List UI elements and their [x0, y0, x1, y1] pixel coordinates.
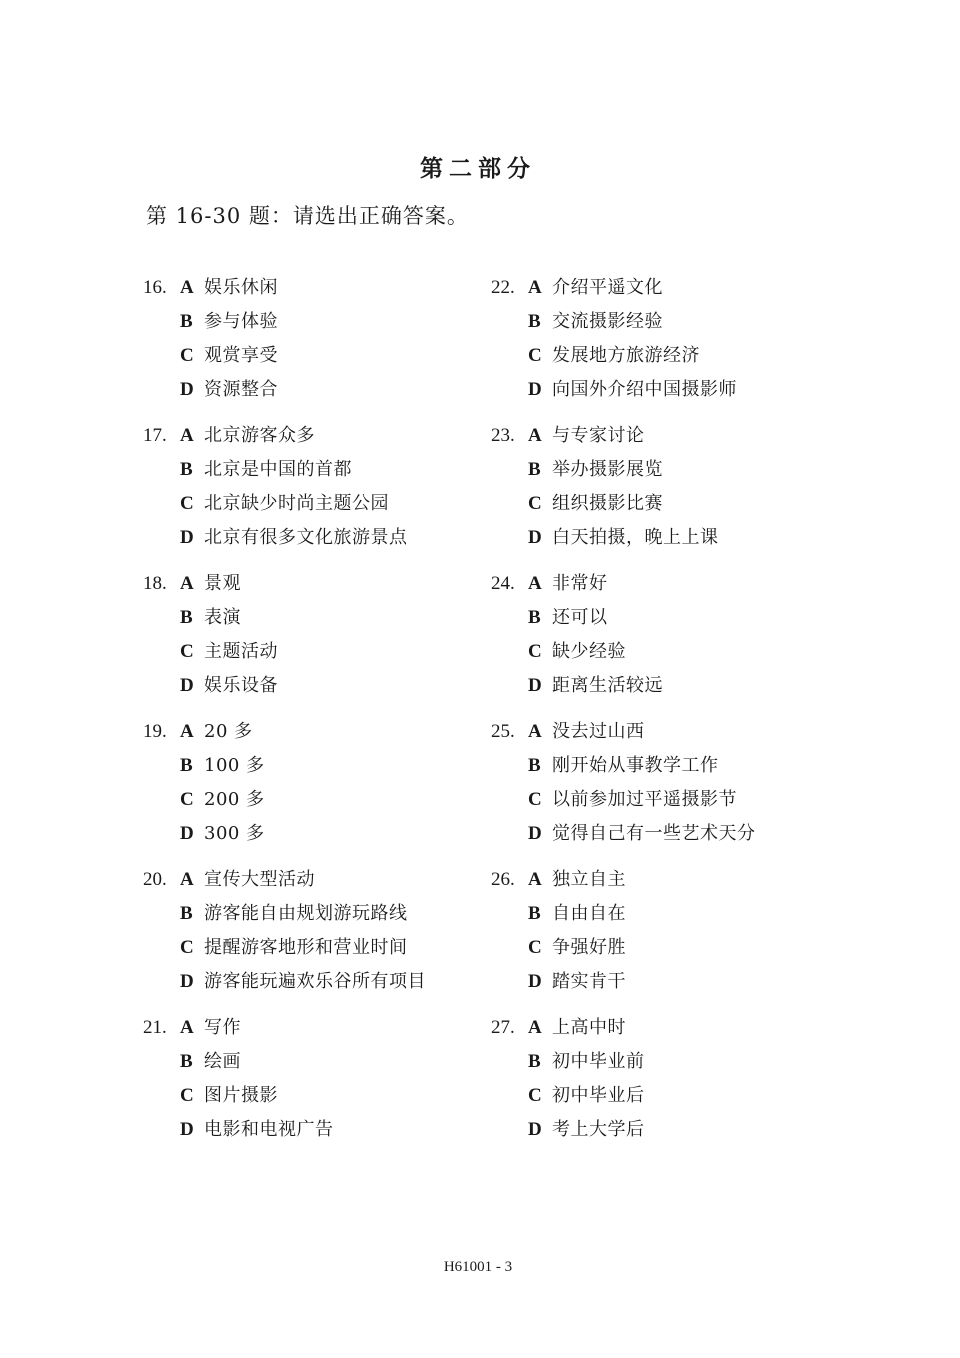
option-text: 考上大学后 — [552, 1119, 645, 1140]
option-letter: B — [180, 902, 204, 926]
option-text: 景观 — [204, 573, 241, 594]
option-letter: D — [180, 970, 204, 994]
option-c[interactable]: C组织摄影比赛 — [528, 492, 663, 516]
option-c[interactable]: C观赏享受 — [180, 344, 278, 368]
option-text: 组织摄影比赛 — [552, 493, 663, 514]
option-c[interactable]: C北京缺少时尚主题公园 — [180, 492, 389, 516]
option-b[interactable]: B自由自在 — [528, 902, 626, 926]
option-text: 北京是中国的首都 — [204, 459, 352, 480]
option-text: 北京有很多文化旅游景点 — [204, 527, 408, 548]
option-letter: A — [180, 572, 204, 596]
option-b[interactable]: B绘画 — [180, 1050, 241, 1074]
option-text: 图片摄影 — [204, 1085, 278, 1106]
option-a[interactable]: A上高中时 — [528, 1016, 626, 1040]
option-letter: A — [528, 572, 552, 596]
option-text: 游客能玩遍欢乐谷所有项目 — [204, 971, 426, 992]
option-text: 资源整合 — [204, 379, 278, 400]
option-letter: D — [528, 1118, 552, 1142]
option-text: 距离生活较远 — [552, 675, 663, 696]
option-text: 100 多 — [204, 755, 265, 776]
option-letter: B — [180, 606, 204, 630]
option-text: 以前参加过平遥摄影节 — [552, 789, 737, 810]
option-a[interactable]: A娱乐休闲 — [180, 276, 278, 300]
option-text: 交流摄影经验 — [552, 311, 663, 332]
option-d[interactable]: D白天拍摄，晚上上课 — [528, 526, 719, 550]
option-text: 自由自在 — [552, 903, 626, 924]
option-c[interactable]: C提醒游客地形和营业时间 — [180, 936, 408, 960]
option-text: 踏实肯干 — [552, 971, 626, 992]
option-letter: D — [528, 378, 552, 402]
question-number: 27. — [491, 1016, 515, 1040]
option-text: 主题活动 — [204, 641, 278, 662]
option-text: 独立自主 — [552, 869, 626, 890]
option-letter: D — [528, 674, 552, 698]
option-text: 举办摄影展览 — [552, 459, 663, 480]
option-letter: B — [528, 606, 552, 630]
option-letter: D — [180, 1118, 204, 1142]
option-b[interactable]: B参与体验 — [180, 310, 278, 334]
option-letter: D — [180, 378, 204, 402]
option-letter: D — [180, 526, 204, 550]
option-text: 初中毕业后 — [552, 1085, 645, 1106]
option-a[interactable]: A20 多 — [180, 720, 253, 744]
option-letter: C — [180, 640, 204, 664]
option-b[interactable]: B表演 — [180, 606, 241, 630]
option-text: 缺少经验 — [552, 641, 626, 662]
option-a[interactable]: A非常好 — [528, 572, 608, 596]
option-text: 提醒游客地形和营业时间 — [204, 937, 408, 958]
option-letter: C — [180, 936, 204, 960]
option-d[interactable]: D300 多 — [180, 822, 265, 846]
option-text: 向国外介绍中国摄影师 — [552, 379, 737, 400]
option-c[interactable]: C发展地方旅游经济 — [528, 344, 700, 368]
option-letter: D — [180, 674, 204, 698]
option-c[interactable]: C图片摄影 — [180, 1084, 278, 1108]
option-letter: B — [528, 754, 552, 778]
option-text: 表演 — [204, 607, 241, 628]
option-letter: B — [180, 310, 204, 334]
option-text: 觉得自己有一些艺术天分 — [552, 823, 756, 844]
option-d[interactable]: D踏实肯干 — [528, 970, 626, 994]
option-b[interactable]: B还可以 — [528, 606, 608, 630]
option-b[interactable]: B北京是中国的首都 — [180, 458, 352, 482]
option-letter: C — [180, 788, 204, 812]
option-a[interactable]: A与专家讨论 — [528, 424, 645, 448]
option-letter: D — [180, 822, 204, 846]
option-letter: C — [528, 936, 552, 960]
option-text: 争强好胜 — [552, 937, 626, 958]
option-letter: B — [528, 310, 552, 334]
option-text: 300 多 — [204, 823, 265, 844]
page-footer: H61001 - 3 — [0, 1259, 956, 1276]
option-text: 20 多 — [204, 721, 253, 742]
option-letter: B — [180, 458, 204, 482]
option-letter: C — [180, 1084, 204, 1108]
option-letter: B — [180, 1050, 204, 1074]
option-letter: A — [180, 276, 204, 300]
option-c[interactable]: C初中毕业后 — [528, 1084, 645, 1108]
option-text: 娱乐设备 — [204, 675, 278, 696]
question-number: 16. — [143, 276, 167, 300]
question-number: 21. — [143, 1016, 167, 1040]
question-number: 25. — [491, 720, 515, 744]
option-text: 刚开始从事教学工作 — [552, 755, 719, 776]
option-letter: D — [528, 526, 552, 550]
option-a[interactable]: A宣传大型活动 — [180, 868, 315, 892]
option-letter: D — [528, 970, 552, 994]
option-text: 写作 — [204, 1017, 241, 1038]
option-c[interactable]: C以前参加过平遥摄影节 — [528, 788, 737, 812]
option-text: 没去过山西 — [552, 721, 645, 742]
option-c[interactable]: C200 多 — [180, 788, 265, 812]
option-text: 参与体验 — [204, 311, 278, 332]
option-b[interactable]: B举办摄影展览 — [528, 458, 663, 482]
option-letter: B — [528, 902, 552, 926]
option-letter: B — [528, 1050, 552, 1074]
option-letter: C — [528, 640, 552, 664]
option-d[interactable]: D电影和电视广告 — [180, 1118, 334, 1142]
option-text: 介绍平遥文化 — [552, 277, 663, 298]
option-text: 上高中时 — [552, 1017, 626, 1038]
question-number: 18. — [143, 572, 167, 596]
question-number: 22. — [491, 276, 515, 300]
option-text: 游客能自由规划游玩路线 — [204, 903, 408, 924]
option-b[interactable]: B刚开始从事教学工作 — [528, 754, 719, 778]
option-a[interactable]: A没去过山西 — [528, 720, 645, 744]
option-d[interactable]: D距离生活较远 — [528, 674, 663, 698]
option-text: 北京缺少时尚主题公园 — [204, 493, 389, 514]
option-text: 与专家讨论 — [552, 425, 645, 446]
option-letter: C — [528, 344, 552, 368]
option-letter: B — [528, 458, 552, 482]
option-a[interactable]: A介绍平遥文化 — [528, 276, 663, 300]
option-letter: B — [180, 754, 204, 778]
option-d[interactable]: D向国外介绍中国摄影师 — [528, 378, 737, 402]
option-text: 娱乐休闲 — [204, 277, 278, 298]
option-letter: A — [528, 424, 552, 448]
option-letter: A — [528, 868, 552, 892]
option-letter: A — [528, 276, 552, 300]
option-text: 绘画 — [204, 1051, 241, 1072]
option-letter: C — [528, 492, 552, 516]
option-text: 初中毕业前 — [552, 1051, 645, 1072]
option-letter: A — [528, 720, 552, 744]
option-a[interactable]: A景观 — [180, 572, 241, 596]
option-letter: C — [528, 1084, 552, 1108]
option-letter: C — [180, 492, 204, 516]
option-a[interactable]: A独立自主 — [528, 868, 626, 892]
option-c[interactable]: C主题活动 — [180, 640, 278, 664]
question-number: 17. — [143, 424, 167, 448]
option-d[interactable]: D游客能玩遍欢乐谷所有项目 — [180, 970, 426, 994]
option-d[interactable]: D娱乐设备 — [180, 674, 278, 698]
option-text: 北京游客众多 — [204, 425, 315, 446]
option-text: 白天拍摄，晚上上课 — [552, 527, 719, 548]
option-b[interactable]: B交流摄影经验 — [528, 310, 663, 334]
option-letter: A — [180, 1016, 204, 1040]
option-text: 发展地方旅游经济 — [552, 345, 700, 366]
option-c[interactable]: C争强好胜 — [528, 936, 626, 960]
question-number: 24. — [491, 572, 515, 596]
option-b[interactable]: B游客能自由规划游玩路线 — [180, 902, 408, 926]
option-text: 观赏享受 — [204, 345, 278, 366]
option-letter: A — [180, 424, 204, 448]
option-text: 电影和电视广告 — [204, 1119, 334, 1140]
option-d[interactable]: D资源整合 — [180, 378, 278, 402]
question-number: 23. — [491, 424, 515, 448]
option-letter: C — [180, 344, 204, 368]
option-letter: A — [528, 1016, 552, 1040]
option-letter: A — [180, 868, 204, 892]
option-a[interactable]: A写作 — [180, 1016, 241, 1040]
option-text: 非常好 — [552, 573, 608, 594]
section-title: 第二部分 — [0, 150, 956, 183]
option-b[interactable]: B100 多 — [180, 754, 265, 778]
option-c[interactable]: C缺少经验 — [528, 640, 626, 664]
option-letter: A — [180, 720, 204, 744]
option-d[interactable]: D考上大学后 — [528, 1118, 645, 1142]
question-number: 20. — [143, 868, 167, 892]
question-number: 19. — [143, 720, 167, 744]
option-letter: C — [528, 788, 552, 812]
instruction-text: 第 16-30 题：请选出正确答案。 — [146, 200, 469, 230]
option-text: 200 多 — [204, 789, 265, 810]
option-b[interactable]: B初中毕业前 — [528, 1050, 645, 1074]
option-letter: D — [528, 822, 552, 846]
option-text: 宣传大型活动 — [204, 869, 315, 890]
option-a[interactable]: A北京游客众多 — [180, 424, 315, 448]
question-number: 26. — [491, 868, 515, 892]
option-d[interactable]: D北京有很多文化旅游景点 — [180, 526, 408, 550]
option-text: 还可以 — [552, 607, 608, 628]
option-d[interactable]: D觉得自己有一些艺术天分 — [528, 822, 756, 846]
